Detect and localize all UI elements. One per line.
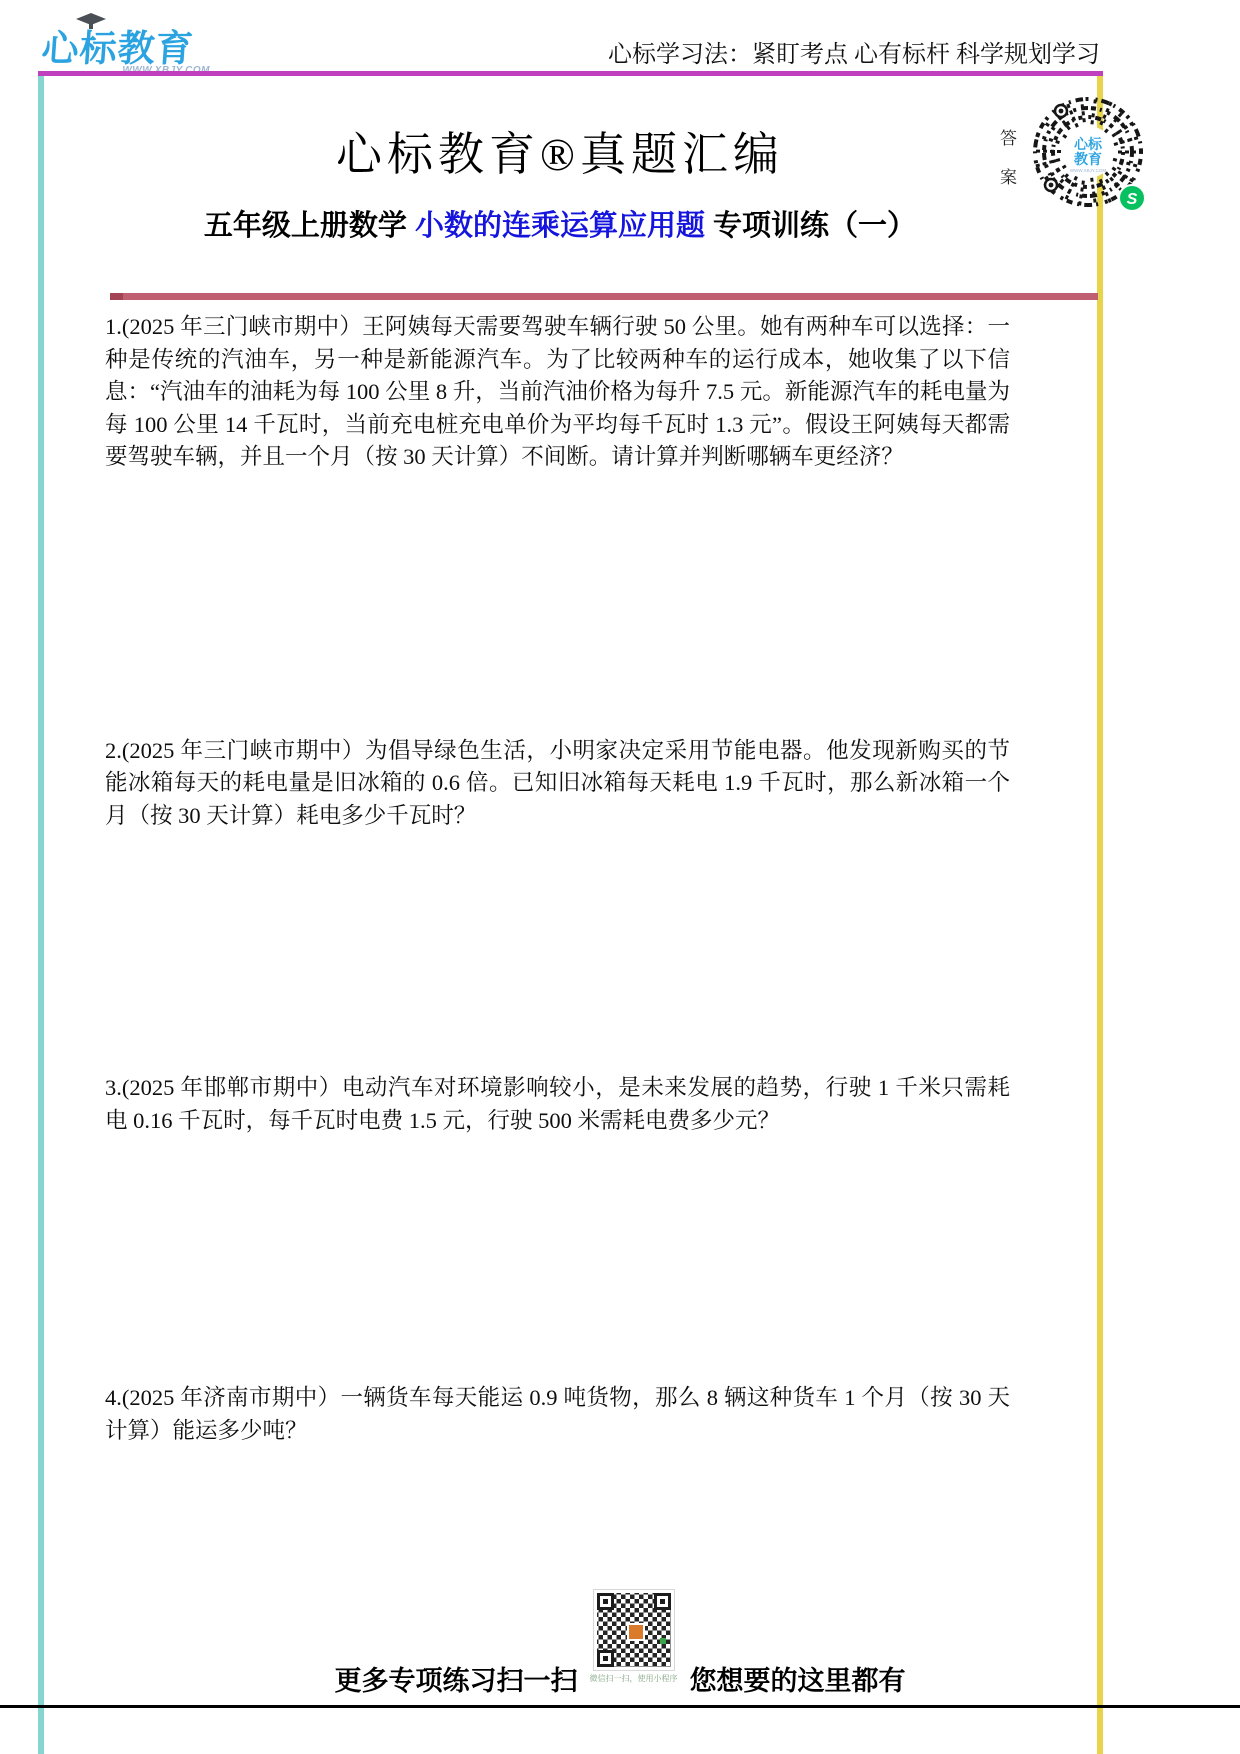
answer-label: 答 案 — [1000, 124, 1017, 188]
header-slogan: 心标学习法：紧盯考点 心有标杆 科学规划学习 — [608, 34, 1100, 69]
subtitle-grade: 五年级上册数学 — [204, 210, 415, 242]
wechat-miniprogram-icon: S — [1119, 185, 1145, 211]
qr-position-marker-bottom — [1045, 179, 1057, 191]
section-divider-bar — [110, 293, 1098, 300]
left-frame-border — [38, 76, 44, 1754]
svg-text:S: S — [1127, 191, 1138, 208]
qr-finder-bottom-left — [597, 1650, 614, 1667]
problems-list: 1.(2025 年三门峡市期中）王阿姨每天需要驾驶车辆行驶 50 公里。她有两种… — [105, 300, 1010, 1447]
problem-1: 1.(2025 年三门峡市期中）王阿姨每天需要驾驶车辆行驶 50 公里。她有两种… — [105, 311, 1010, 474]
right-frame-border — [1097, 76, 1103, 1754]
worksheet-subtitle: 五年级上册数学 小数的连乘运算应用题 专项训练（一） — [0, 203, 1120, 244]
problem-2: 2.(2025 年三门峡市期中）为倡导绿色生活，小明家决定采用节能电器。他发现新… — [105, 735, 1010, 833]
qr-position-marker-top — [1055, 105, 1067, 117]
qr-center-logo-url: WWW.XBJY.COM — [1070, 168, 1106, 173]
section-divider-cap — [110, 293, 123, 300]
qr-center-logo-line2: 教育 — [1073, 151, 1102, 167]
graduation-cap-icon — [76, 13, 106, 35]
qr-logo-square — [627, 1623, 645, 1641]
footer-qr-block: 微信扫一扫，使用小程序 — [590, 1589, 678, 1684]
footer-qr-caption: 微信扫一扫，使用小程序 — [590, 1673, 678, 1684]
bottom-rule-line — [0, 1705, 1240, 1708]
miniprogram-qr-code: 心标 教育 WWW.XBJY.COM S — [1028, 92, 1148, 212]
problem-4: 4.(2025 年济南市期中）一辆货车每天能运 0.9 吨货物，那么 8 辆这种… — [105, 1382, 1010, 1447]
qr-finder-top-right — [654, 1593, 671, 1610]
top-rule-line — [38, 71, 1103, 76]
footer-text-right: 您想要的这里都有 — [690, 1659, 906, 1700]
document-title: 心标教育®真题汇编 — [0, 118, 1120, 184]
footer-text-left: 更多专项练习扫一扫 — [335, 1659, 578, 1700]
qr-finder-top-left — [597, 1593, 614, 1610]
brand-logo-text: 心标教育 — [40, 18, 196, 72]
answer-label-char2: 案 — [1000, 163, 1017, 188]
worksheet-page: 心标教育 WWW.XBJY.COM 心标学习法：紧盯考点 心有标杆 科学规划学习… — [0, 0, 1240, 1754]
qr-center-logo-line1: 心标 — [1074, 136, 1103, 152]
subtitle-topic: 小数的连乘运算应用题 — [415, 210, 705, 242]
problem-3: 3.(2025 年邯郸市期中）电动汽车对环境影响较小，是未来发展的趋势，行驶 1… — [105, 1072, 1010, 1137]
subtitle-series: 专项训练（一） — [705, 210, 916, 242]
footer-qr-code — [593, 1589, 675, 1671]
qr-green-module — [660, 1638, 666, 1644]
brand-logo: 心标教育 WWW.XBJY.COM — [42, 18, 202, 72]
answer-label-char1: 答 — [1000, 124, 1017, 149]
footer: 更多专项练习扫一扫 微信扫一扫，使用小程序 您想要的这里都有 — [0, 1585, 1240, 1700]
